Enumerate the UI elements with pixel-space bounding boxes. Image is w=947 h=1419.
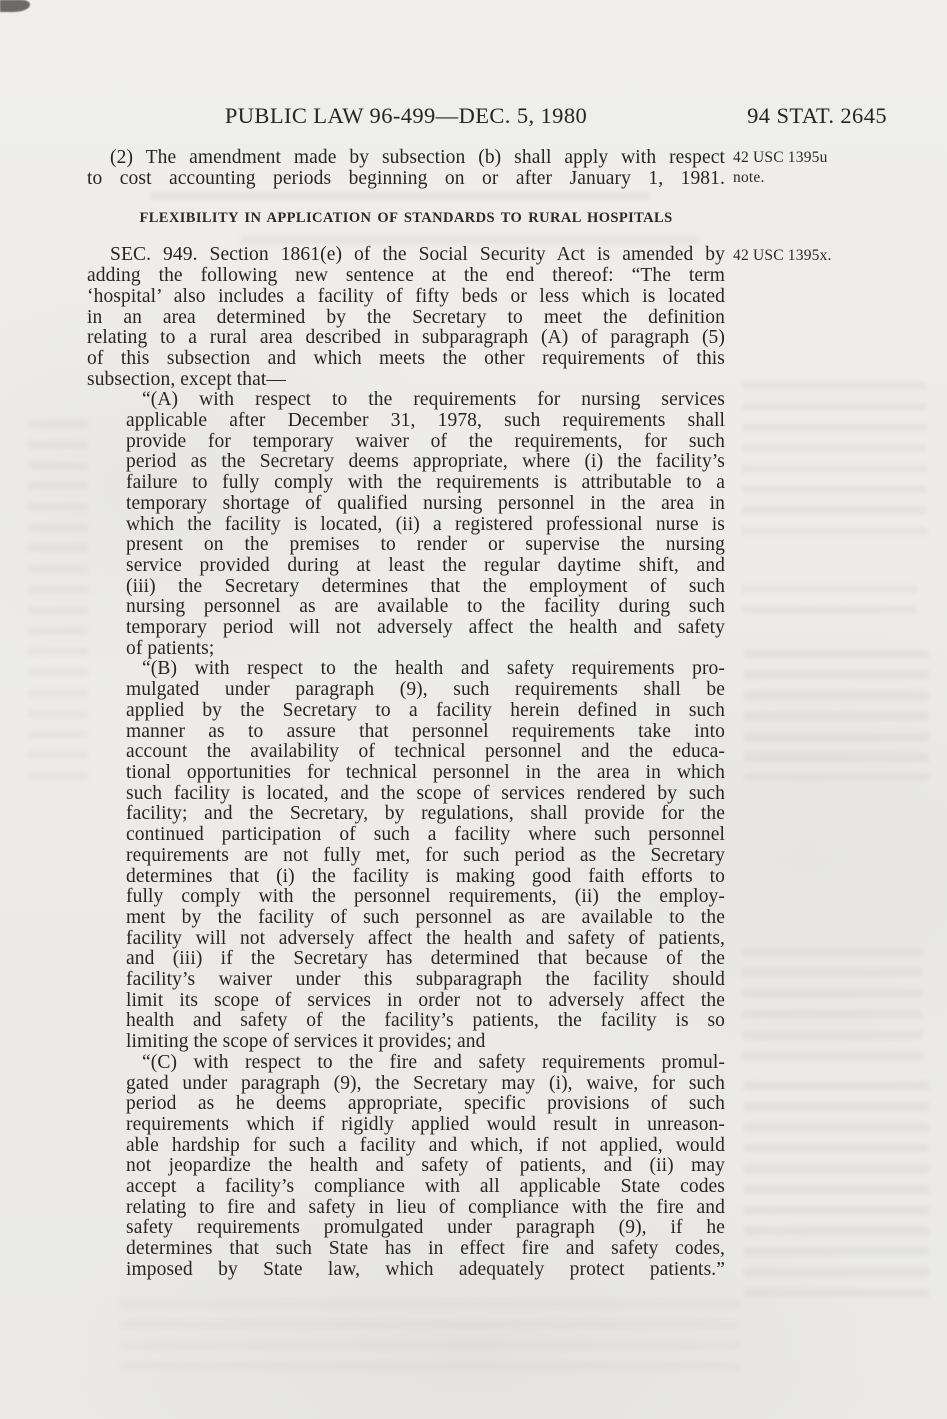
- text-line: manner as to assure that personnel requi…: [126, 722, 725, 743]
- text-line: ment by the facility of such personnel a…: [126, 908, 725, 929]
- section-heading: FLEXIBILITY IN APPLICATION OF STANDARDS …: [87, 208, 725, 228]
- text-line: and (iii) if the Secretary has determine…: [126, 949, 725, 970]
- text-line: accept a facility’s compliance with all …: [126, 1177, 725, 1198]
- text-line: present on the premises to render or sup…: [126, 535, 725, 556]
- text-line: temporary period will not adversely affe…: [126, 618, 725, 639]
- paragraph: “(B) with respect to the health and safe…: [126, 659, 725, 1052]
- text-line: applied by the Secretary to a facility h…: [126, 701, 725, 722]
- text-line: continued participation of such a facili…: [126, 825, 725, 846]
- text-line: adding the following new sentence at the…: [87, 266, 725, 287]
- text-line: facility will not adversely affect the h…: [126, 929, 725, 950]
- text-line: tional opportunities for technical perso…: [126, 763, 725, 784]
- text-line: failure to fully comply with the require…: [126, 473, 725, 494]
- text-line: able hardship for such a facility and wh…: [126, 1136, 725, 1157]
- text-line: imposed by State law, which adequately p…: [126, 1260, 725, 1281]
- bleed-through-smudge: [28, 420, 88, 780]
- text-line: limiting the scope of services it provid…: [126, 1032, 725, 1053]
- bleed-through-smudge: [742, 382, 927, 547]
- text-line: of this subsection and which meets the o…: [87, 349, 725, 370]
- paragraph: (2) The amendment made by subsection (b)…: [87, 148, 725, 189]
- margin-note: 42 USC 1395x.: [733, 246, 832, 266]
- text-line: gated under paragraph (9), the Secretary…: [126, 1074, 725, 1095]
- text-line: ‘hospital’ also includes a facility of f…: [87, 287, 725, 308]
- bleed-through-smudge: [744, 1082, 929, 1297]
- text-line: service provided during at least the reg…: [126, 556, 725, 577]
- bleed-through-smudge: [120, 1300, 740, 1380]
- text-line: of patients;: [126, 639, 725, 660]
- text-line: to cost accounting periods beginning on …: [87, 169, 725, 190]
- text-line: requirements which if rigidly applied wo…: [126, 1115, 725, 1136]
- text-line: temporary shortage of qualified nursing …: [126, 494, 725, 515]
- text-line: not jeopardize the health and safety of …: [126, 1156, 725, 1177]
- bleed-through-smudge: [744, 650, 929, 780]
- text-line: “(C) with respect to the fire and safety…: [126, 1053, 725, 1074]
- text-line: limit its scope of services in order not…: [126, 991, 725, 1012]
- text-line: in an area determined by the Secretary t…: [87, 308, 725, 329]
- text-line: “(A) with respect to the requirements fo…: [126, 390, 725, 411]
- text-line: applicable after December 31, 1978, such…: [126, 411, 725, 432]
- statute-page: PUBLIC LAW 96-499—DEC. 5, 1980 94 STAT. …: [0, 0, 947, 1419]
- scan-corner-mark: [0, 0, 30, 12]
- text-line: provide for temporary waiver of the requ…: [126, 432, 725, 453]
- margin-note: 42 USC 1395unote.: [733, 148, 828, 187]
- text-line: (2) The amendment made by subsection (b)…: [87, 148, 725, 169]
- page-header-law-title: PUBLIC LAW 96-499—DEC. 5, 1980: [225, 103, 587, 129]
- text-line: which the facility is located, (ii) a re…: [126, 515, 725, 536]
- text-line: fully comply with the personnel requirem…: [126, 887, 725, 908]
- paragraph: SEC. 949. Section 1861(e) of the Social …: [87, 245, 725, 390]
- text-line: determines that (i) the facility is maki…: [126, 867, 725, 888]
- text-line: period as the Secretary deems appropriat…: [126, 452, 725, 473]
- text-line: relating to a rural area described in su…: [87, 328, 725, 349]
- text-line: subsection, except that—: [87, 370, 725, 391]
- text-line: health and safety of the facility’s pati…: [126, 1011, 725, 1032]
- paragraph: “(A) with respect to the requirements fo…: [126, 390, 725, 659]
- text-line: facility’s waiver under this subparagrap…: [126, 970, 725, 991]
- document-body: (2) The amendment made by subsection (b)…: [87, 148, 725, 1281]
- bleed-through-smudge: [742, 585, 917, 625]
- text-line: nursing personnel as are available to th…: [126, 597, 725, 618]
- page-header-stat-ref: 94 STAT. 2645: [747, 103, 887, 129]
- text-line: safety requirements promulgated under pa…: [126, 1218, 725, 1239]
- text-line: determines that such State has in effect…: [126, 1239, 725, 1260]
- text-line: requirements are not fully met, for such…: [126, 846, 725, 867]
- text-line: mulgated under paragraph (9), such requi…: [126, 680, 725, 701]
- text-line: facility; and the Secretary, by regulati…: [126, 804, 725, 825]
- bleed-through-smudge: [742, 948, 922, 1063]
- text-line: relating to fire and safety in lieu of c…: [126, 1198, 725, 1219]
- text-line: account the availability of technical pe…: [126, 742, 725, 763]
- paragraph: “(C) with respect to the fire and safety…: [126, 1053, 725, 1281]
- text-line: “(B) with respect to the health and safe…: [126, 659, 725, 680]
- text-line: SEC. 949. Section 1861(e) of the Social …: [87, 245, 725, 266]
- text-line: such facility is located, and the scope …: [126, 784, 725, 805]
- text-line: period as he deems appropriate, specific…: [126, 1094, 725, 1115]
- text-line: (iii) the Secretary determines that the …: [126, 577, 725, 598]
